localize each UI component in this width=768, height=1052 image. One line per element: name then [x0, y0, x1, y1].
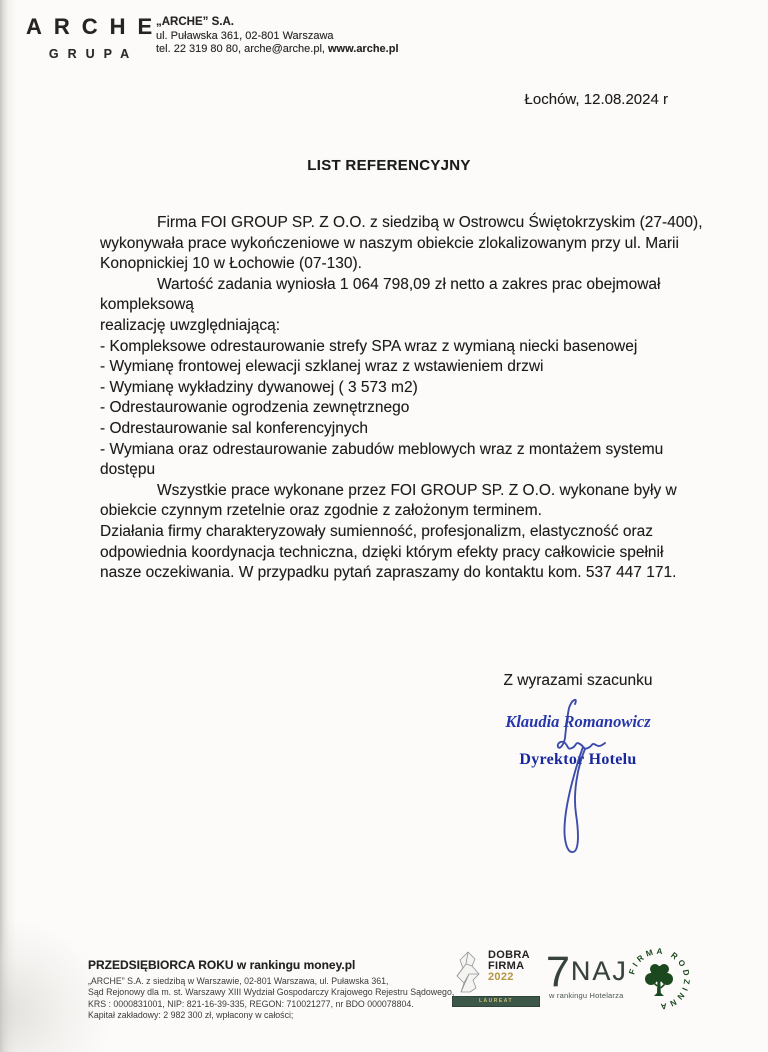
badge-7naj: 7 NAJ w rankingu Hotelarza — [546, 953, 626, 1000]
logo-wordmark: ARCHE — [14, 14, 164, 40]
badge-dobra-year: 2022 — [488, 972, 530, 983]
body-line: odpowiednia koordynacja techniczna, dzię… — [100, 543, 696, 564]
bullet-line: - Wymianę frontowej elewacji szklanej wr… — [100, 357, 696, 378]
footer-line: KRS : 0000831001, NIP: 821-16-39-335, RE… — [88, 999, 454, 1010]
company-contact: tel. 22 319 80 80, arche@arche.pl, www.a… — [156, 43, 399, 57]
tree-icon — [645, 964, 673, 996]
document-title: LIST REFERENCYJNY — [0, 157, 768, 174]
body-line: realizację uwzględniającą: — [100, 316, 696, 337]
bullet-line: - Odrestaurowanie ogrodzenia zewnętrzneg… — [100, 398, 696, 419]
bullet-line: - Wymiana oraz odrestaurowanie zabudów m… — [100, 440, 696, 461]
body-line: obiekcie czynnym rzetelnie oraz zgodnie … — [100, 501, 696, 522]
body-line: Wszystkie prace wykonane przez FOI GROUP… — [100, 481, 696, 502]
footer-heading: PRZEDSIĘBIORCA ROKU w rankingu money.pl — [88, 958, 454, 972]
footer-line: „ARCHE” S.A. z siedzibą w Warszawie, 02-… — [88, 976, 454, 987]
badge-7naj-subtitle: w rankingu Hotelarza — [549, 991, 626, 1000]
company-contact-text: tel. 22 319 80 80, arche@arche.pl, — [156, 43, 328, 55]
footer-line: Kapitał zakładowy: 2 982 300 zł, wpłacon… — [88, 1010, 454, 1021]
scanned-letter-page: ARCHE GRUPA „ARCHE” S.A. ul. Puławska 36… — [0, 0, 768, 1052]
arche-logo: ARCHE GRUPA — [14, 14, 164, 61]
company-address: ul. Puławska 361, 02-801 Warszawa — [156, 30, 399, 44]
footer-company-block: PRZEDSIĘBIORCA ROKU w rankingu money.pl … — [88, 958, 454, 1021]
company-info-block: „ARCHE” S.A. ul. Puławska 361, 02-801 Wa… — [156, 16, 399, 57]
footer-line: Sąd Rejonowy dla m. st. Warszawy XIII Wy… — [88, 987, 454, 998]
bullet-line: - Odrestaurowanie sal konferencyjnych — [100, 419, 696, 440]
firma-rodzinna-logo: FIRMA RODZINNA — [626, 946, 692, 1012]
logo-subtitle: GRUPA — [14, 47, 164, 61]
company-website: www.arche.pl — [328, 43, 399, 55]
bullet-line-wrap: dostępu — [100, 460, 696, 481]
badge-7naj-number: 7 — [546, 953, 570, 991]
badge-dobra-ribbon: LAUREAT — [452, 996, 540, 1007]
bullet-line: - Wymianę wykładziny dywanowej ( 3 573 m… — [100, 378, 696, 399]
badge-7naj-caps: NAJ — [571, 953, 628, 989]
date-line: Łochów, 12.08.2024 r — [525, 91, 668, 108]
body-line: Firma FOI GROUP SP. Z O.O. z siedzibą w … — [100, 213, 696, 234]
handwritten-signature-icon — [538, 698, 648, 863]
body-line: Wartość zadania wyniosła 1 064 798,09 zł… — [100, 275, 696, 296]
body-line: nasze oczekiwania. W przypadku pytań zap… — [100, 563, 696, 584]
body-line: Działania firmy charakteryzowały sumienn… — [100, 522, 696, 543]
closing-salutation: Z wyrazami szacunku — [498, 672, 658, 690]
footer-legal-lines: „ARCHE” S.A. z siedzibą w Warszawie, 02-… — [88, 976, 454, 1021]
bullet-line: - Kompleksowe odrestaurowanie strefy SPA… — [100, 337, 696, 358]
body-line: kompleksową — [100, 295, 696, 316]
letter-body: Firma FOI GROUP SP. Z O.O. z siedzibą w … — [100, 213, 696, 584]
body-line: wykonywała prace wykończeniowe w naszym … — [100, 234, 696, 255]
badge-dobra-firma: DOBRA FIRMA 2022 LAUREAT — [452, 950, 540, 1007]
company-name: „ARCHE” S.A. — [156, 16, 399, 30]
eagle-sketch-icon — [452, 950, 484, 994]
body-line: Konopnickiej 10 w Łochowie (07-130). — [100, 254, 696, 275]
